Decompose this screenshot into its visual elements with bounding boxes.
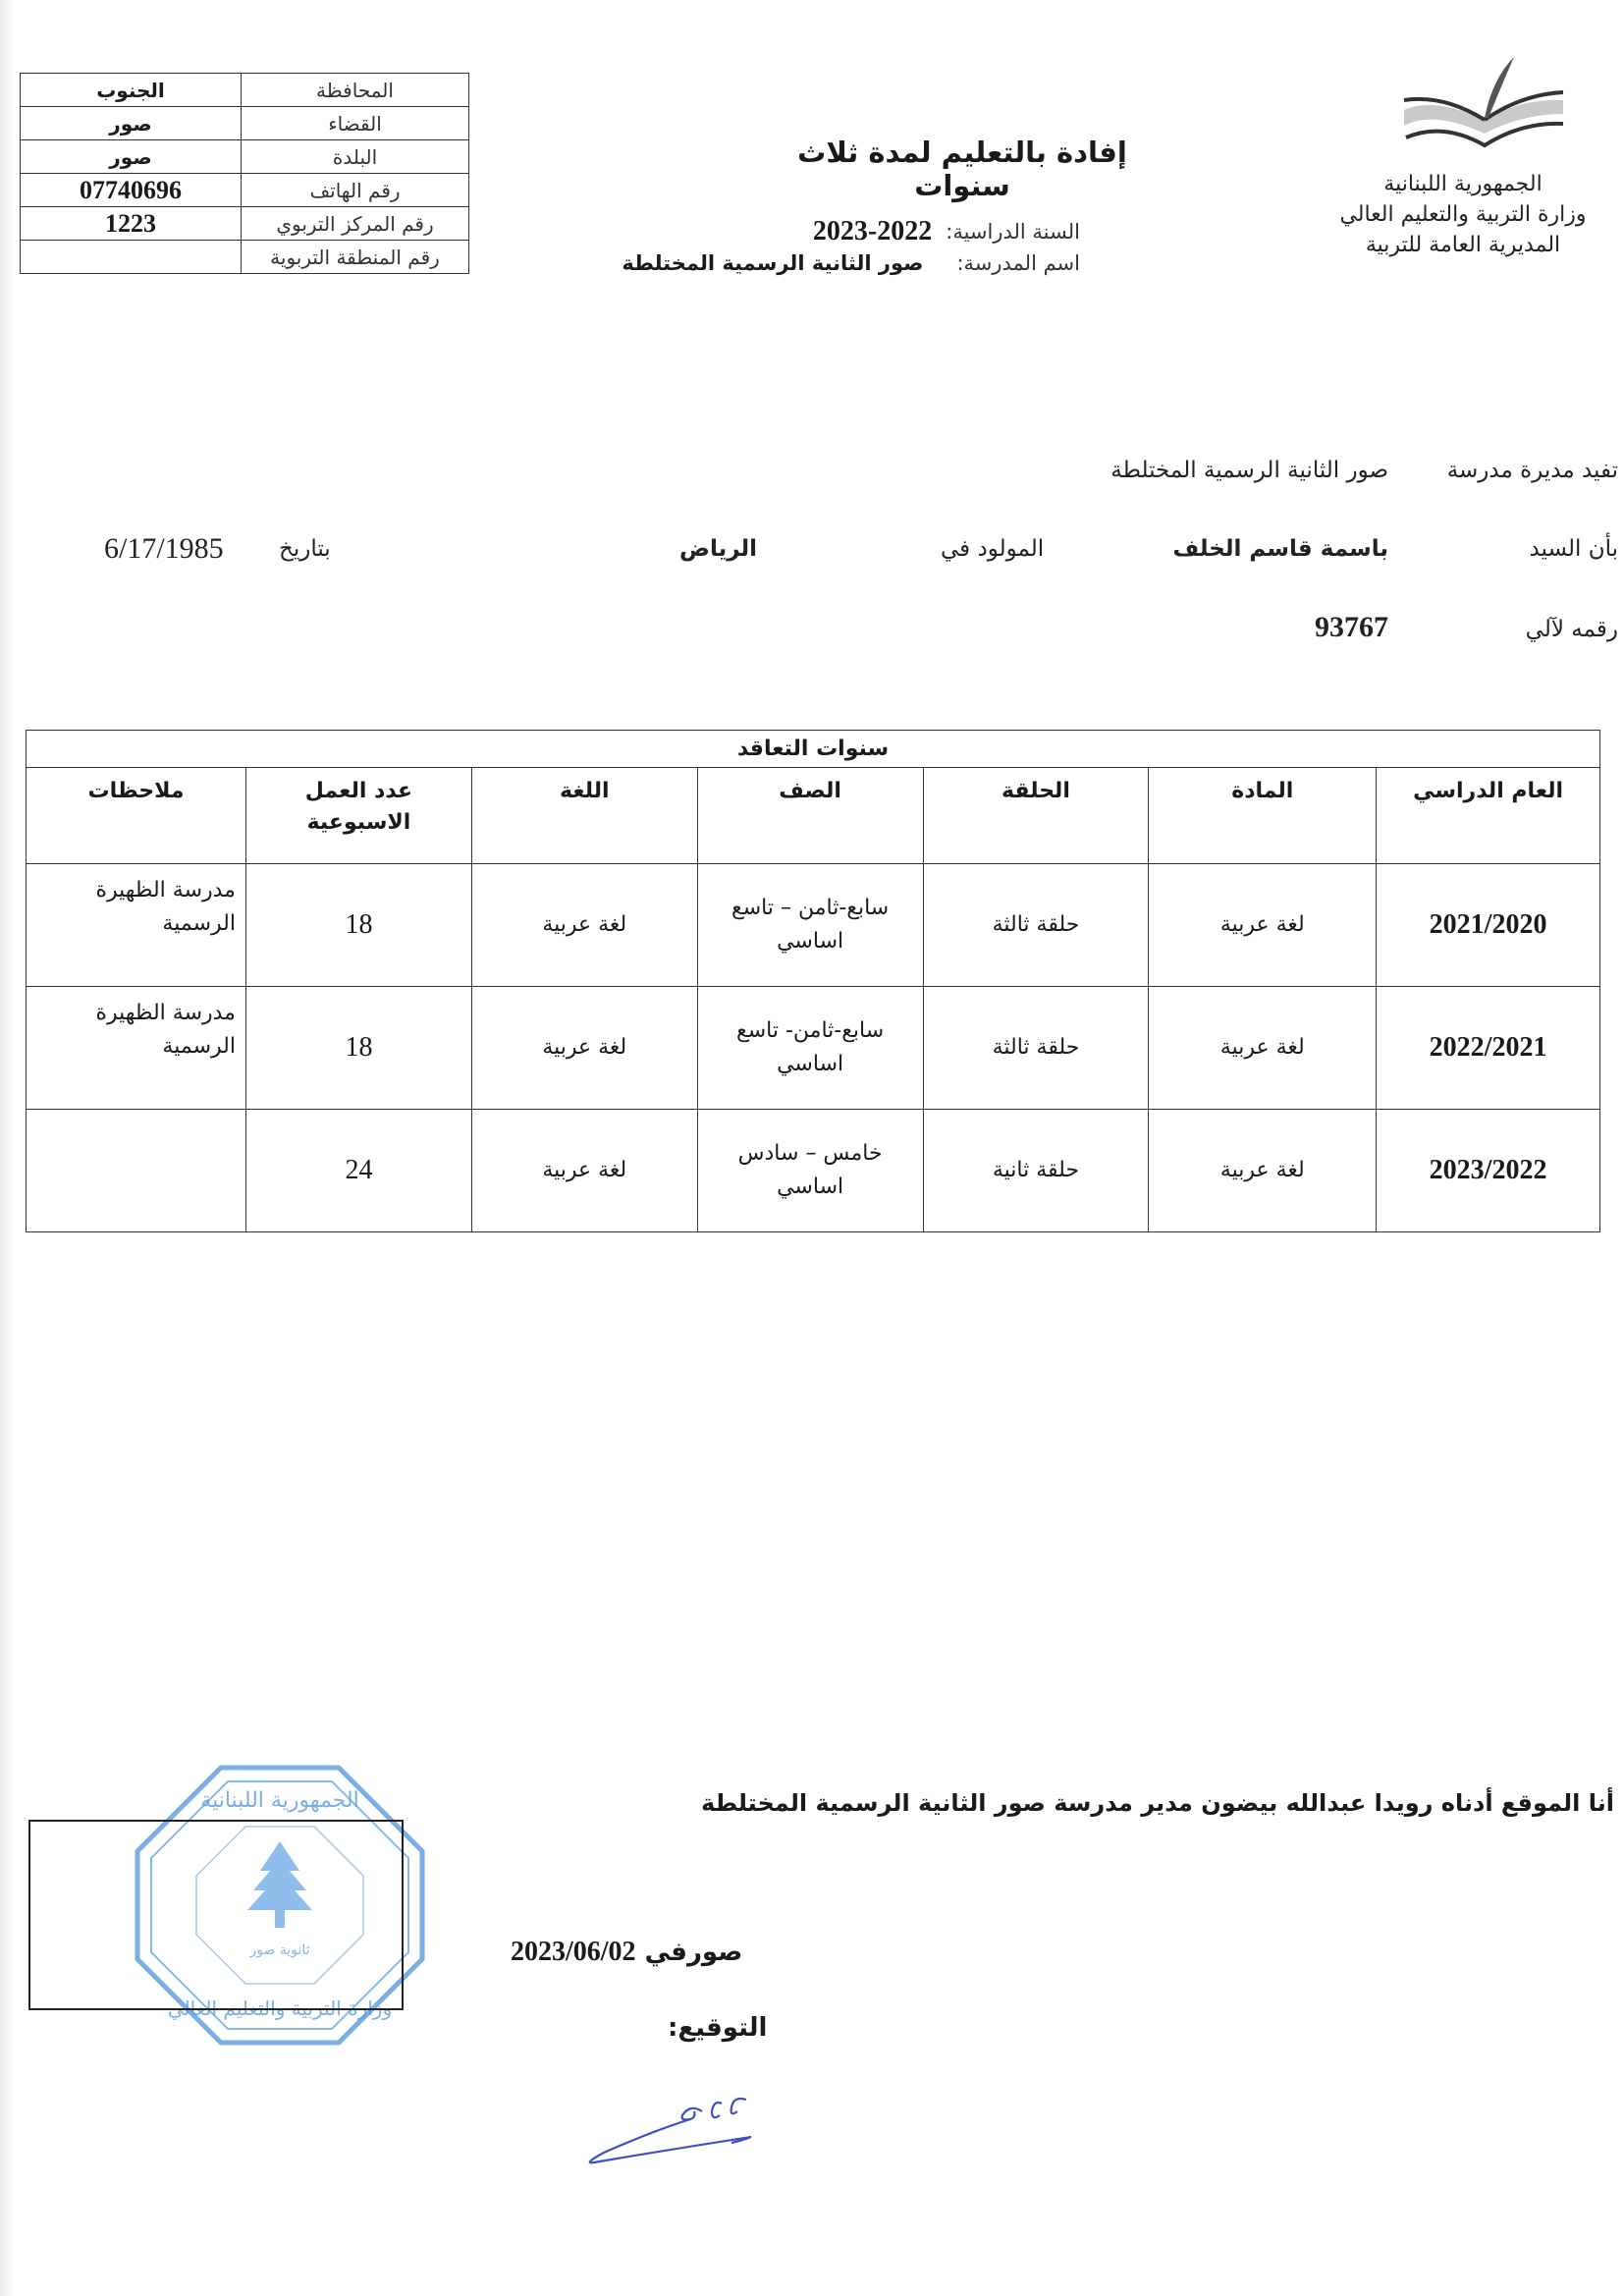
info-row: رقم المنطقة التربوية xyxy=(21,241,469,274)
cycle-cell: حلقة ثالثة xyxy=(923,987,1149,1110)
directorate-name: المديرية العامة للتربية xyxy=(1316,230,1610,260)
language-cell: لغة عربية xyxy=(471,987,697,1110)
column-header: الصف xyxy=(697,768,923,864)
weekly-hours-cell: 18 xyxy=(245,987,471,1110)
stamp-frame xyxy=(28,1820,404,2010)
language-cell: لغة عربية xyxy=(471,1110,697,1232)
weekly-hours-cell: 24 xyxy=(245,1110,471,1232)
year-cell: 2021/2020 xyxy=(1377,864,1600,987)
table-header-row: العام الدراسي المادة الحلقة الصف اللغة ع… xyxy=(27,768,1600,864)
cycle-cell: حلقة ثالثة xyxy=(923,864,1149,987)
table-row: 2021/2020 لغة عربية حلقة ثالثة سابع-ثامن… xyxy=(27,864,1600,987)
grade-cell: سابع-ثامن- تاسع اساسي xyxy=(697,987,923,1110)
declaration-text: أنا الموقع أدناه رويدا عبدالله بيضون مدي… xyxy=(701,1789,1614,1817)
id-value: 93767 xyxy=(1315,611,1388,644)
info-value: 07740696 xyxy=(21,174,242,207)
info-value: 1223 xyxy=(21,207,242,241)
born-place: الرياض xyxy=(679,536,757,562)
svg-text:الجمهورية اللبنانية: الجمهورية اللبنانية xyxy=(200,1788,358,1813)
info-value: الجنوب xyxy=(21,74,242,107)
notes-cell: مدرسة الظهيرة الرسمية xyxy=(27,864,246,987)
academic-year-value: 2023-2022 xyxy=(813,216,932,247)
notes-cell xyxy=(27,1110,246,1232)
info-label: رقم المركز التربوي xyxy=(242,207,469,241)
grade-cell: سابع-ثامن – تاسع اساسي xyxy=(697,864,923,987)
handwritten-signature-icon xyxy=(565,2082,761,2170)
year-cell: 2022/2021 xyxy=(1377,987,1600,1110)
ministry-header: الجمهورية اللبنانية وزارة التربية والتعل… xyxy=(1316,169,1610,260)
scan-edge xyxy=(0,0,14,2296)
date-label: بتاريخ xyxy=(279,536,331,562)
signature-label: التوقيع: xyxy=(668,2013,767,2043)
school-name-label: اسم المدرسة: xyxy=(956,247,1080,279)
info-row: المحافظة الجنوب xyxy=(21,74,469,107)
subject-cell: لغة عربية xyxy=(1149,987,1377,1110)
column-header: اللغة xyxy=(471,768,697,864)
info-row: رقم الهاتف 07740696 xyxy=(21,174,469,207)
document-meta: السنة الدراسية: 2023-2022 اسم المدرسة: ص… xyxy=(609,216,1080,279)
column-header: ملاحظات xyxy=(27,768,246,864)
info-row: رقم المركز التربوي 1223 xyxy=(21,207,469,241)
info-row: البلدة صور xyxy=(21,140,469,174)
column-header: عدد العمل الاسبوعية xyxy=(245,768,471,864)
person-name: باسمة قاسم الخلف xyxy=(1173,536,1389,562)
subject-cell: لغة عربية xyxy=(1149,864,1377,987)
school-name-value: صور الثانية الرسمية المختلطة xyxy=(622,247,923,279)
info-row: القضاء صور xyxy=(21,107,469,140)
document-title: إفادة بالتعليم لمدة ثلاث سنوات xyxy=(766,136,1159,202)
cycle-cell: حلقة ثانية xyxy=(923,1110,1149,1232)
ministry-name: وزارة التربية والتعليم العالي xyxy=(1316,199,1610,230)
info-label: البلدة xyxy=(242,140,469,174)
signing-date: 2023/06/02 xyxy=(511,1937,636,1967)
weekly-hours-cell: 18 xyxy=(245,864,471,987)
language-cell: لغة عربية xyxy=(471,864,697,987)
open-book-feather-logo-icon xyxy=(1394,49,1571,157)
year-cell: 2023/2022 xyxy=(1377,1110,1600,1232)
column-header: العام الدراسي xyxy=(1377,768,1600,864)
table-row: 2023/2022 لغة عربية حلقة ثانية خامس – سا… xyxy=(27,1110,1600,1232)
contract-years-table: سنوات التعاقد العام الدراسي المادة الحلق… xyxy=(26,730,1600,1232)
column-header: الحلقة xyxy=(923,768,1149,864)
notes-cell: مدرسة الظهيرة الرسمية xyxy=(27,987,246,1110)
id-label: رقمه لآلي xyxy=(1526,617,1618,642)
birth-date: 6/17/1985 xyxy=(104,532,224,566)
place-label: صورفي xyxy=(645,1938,743,1967)
info-value xyxy=(21,241,242,274)
info-label: رقم الهاتف xyxy=(242,174,469,207)
intro-school: صور الثانية الرسمية المختلطة xyxy=(1110,458,1388,483)
info-label: رقم المنطقة التربوية xyxy=(242,241,469,274)
column-header: المادة xyxy=(1149,768,1377,864)
republic-name: الجمهورية اللبنانية xyxy=(1316,169,1610,199)
academic-year-label: السنة الدراسية: xyxy=(946,216,1080,247)
table-row: 2022/2021 لغة عربية حلقة ثالثة سابع-ثامن… xyxy=(27,987,1600,1110)
academic-year-row: السنة الدراسية: 2023-2022 xyxy=(609,216,1080,247)
grade-cell: خامس – سادس اساسي xyxy=(697,1110,923,1232)
school-info-table: المحافظة الجنوب القضاء صور البلدة صور رق… xyxy=(20,73,469,274)
person-label: بأن السيد xyxy=(1529,536,1618,562)
school-name-row: اسم المدرسة: صور الثانية الرسمية المختلط… xyxy=(609,247,1080,279)
table-caption-row: سنوات التعاقد xyxy=(27,731,1600,768)
subject-cell: لغة عربية xyxy=(1149,1110,1377,1232)
intro-label: تفيد مديرة مدرسة xyxy=(1447,458,1618,483)
born-label: المولود في xyxy=(941,536,1044,562)
info-value: صور xyxy=(21,140,242,174)
place-date: صورفي 2023/06/02 xyxy=(511,1937,742,1968)
info-label: القضاء xyxy=(242,107,469,140)
info-value: صور xyxy=(21,107,242,140)
info-label: المحافظة xyxy=(242,74,469,107)
table-caption: سنوات التعاقد xyxy=(27,731,1600,768)
